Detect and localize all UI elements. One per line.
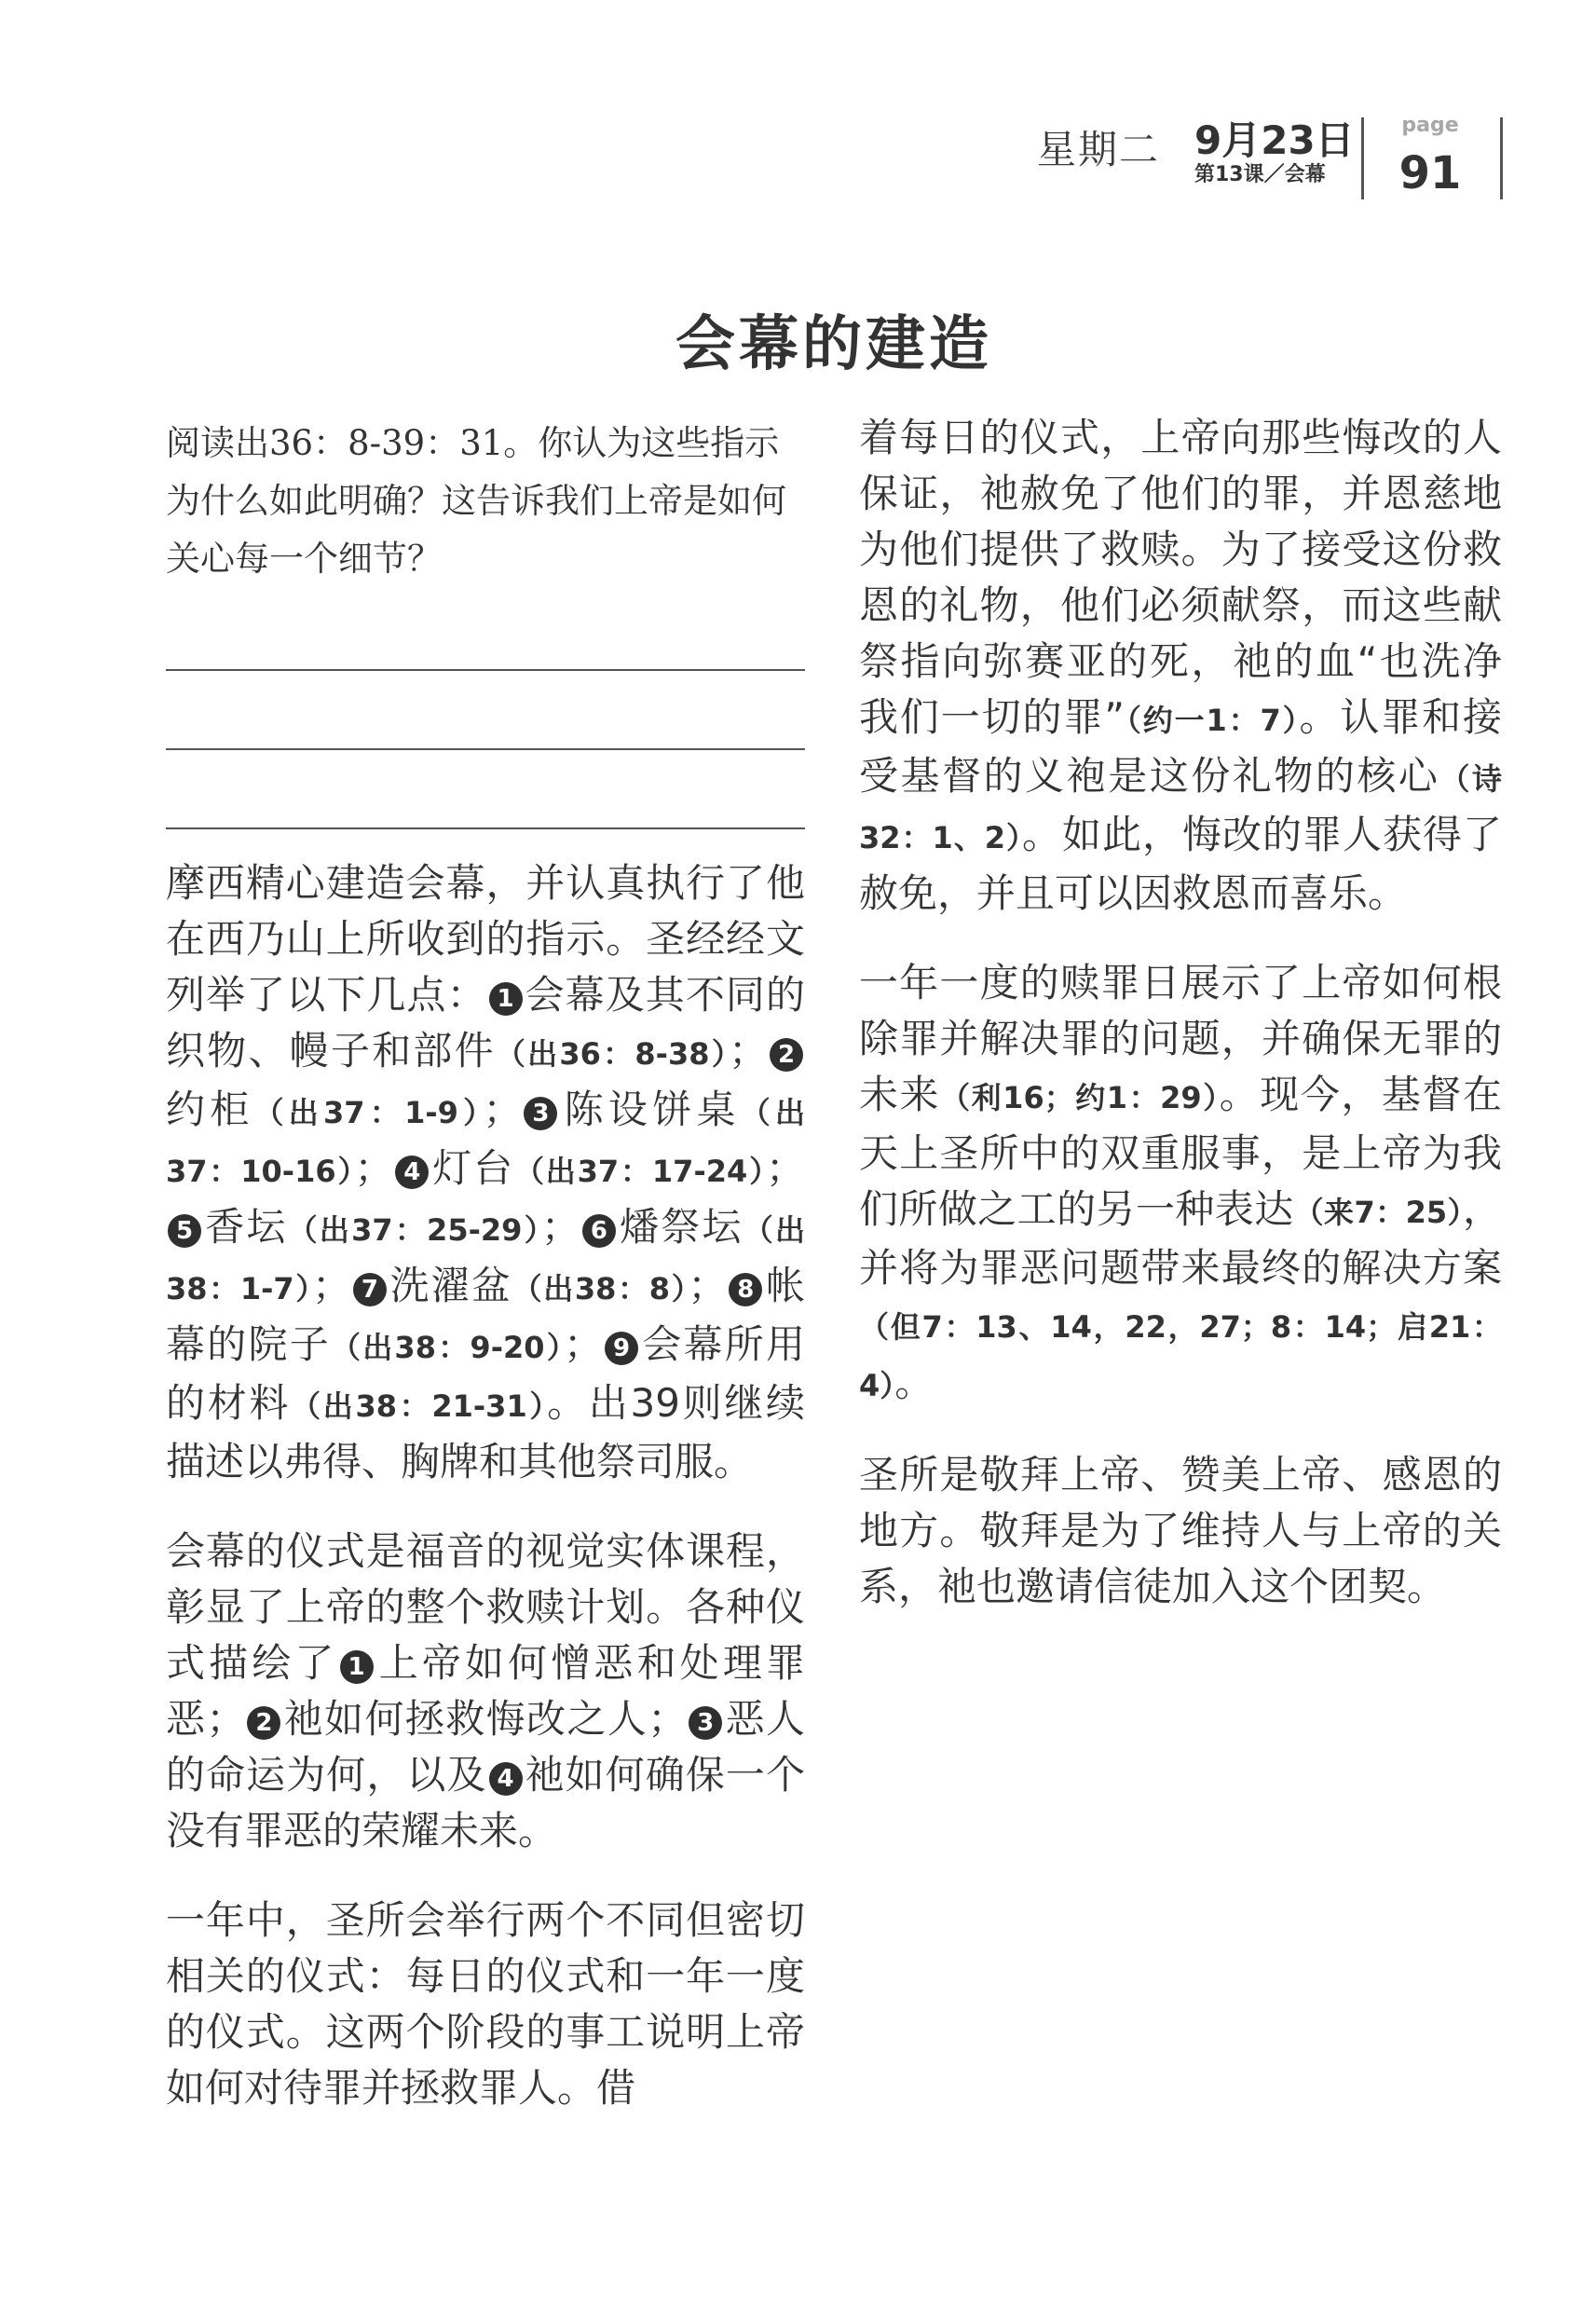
scripture-reference: （出38：8） (512, 1271, 689, 1306)
separator: ； (312, 1263, 351, 1308)
left-column: 摩西精心建造会幕，并认真执行了他在西乃山上所收到的指示。圣经经文列举了以下几点：… (166, 855, 805, 2116)
number-badge-6: 6 (582, 1214, 616, 1248)
scripture-reference: （出37：25-29） (288, 1212, 541, 1248)
text: 约柜 (166, 1087, 254, 1132)
text: 。 (894, 1360, 934, 1405)
answer-line[interactable] (166, 748, 805, 750)
text: 洗濯盆 (389, 1263, 512, 1308)
number-badge-3: 3 (689, 1706, 722, 1740)
text: 香坛 (203, 1204, 288, 1250)
paragraph: 一年中，圣所会举行两个不同但密切相关的仪式：每日的仪式和一年一度的仪式。这两个阶… (166, 1893, 805, 2116)
number-badge-2: 2 (770, 1038, 803, 1072)
paragraph: 摩西精心建造会幕，并认真执行了他在西乃山上所收到的指示。圣经经文列举了以下几点：… (166, 855, 805, 1490)
number-badge-7: 7 (353, 1273, 387, 1306)
study-question: 阅读出36：8-39：31。你认为这些指示为什么如此明确？这告诉我们上帝是如何关… (166, 415, 805, 588)
text: 燔祭坛 (618, 1204, 743, 1250)
text: 陈设饼桌 (559, 1087, 740, 1132)
separator: ； (688, 1263, 727, 1308)
date: 9月23日 (1194, 119, 1344, 162)
paragraph: 会幕的仪式是福音的视觉实体课程，彰显了上帝的整个救赎计划。各种仪式描绘了1上帝如… (166, 1524, 805, 1859)
number-badge-5: 5 (168, 1214, 201, 1248)
header-divider (1500, 117, 1503, 199)
scripture-reference: （利16；约1：29） (940, 1080, 1220, 1115)
number-badge-4: 4 (489, 1762, 523, 1796)
separator: ； (729, 1028, 768, 1073)
separator: ； (354, 1145, 393, 1191)
separator: ； (766, 1145, 805, 1191)
number-badge-2: 2 (247, 1706, 280, 1740)
answer-line[interactable] (166, 669, 805, 671)
text: 灯台 (430, 1145, 514, 1191)
separator: ； (483, 1087, 522, 1132)
number-badge-1: 1 (489, 982, 523, 1016)
scripture-reference: （出37：17-24） (514, 1154, 766, 1189)
scripture-reference: （出38：9-20） (331, 1330, 564, 1365)
scripture-reference: （约一1：7） (1125, 703, 1300, 738)
page-title: 会幕的建造 (0, 296, 1596, 382)
number-badge-3: 3 (524, 1097, 557, 1130)
lesson-label: 第13课／会幕 (1194, 162, 1344, 188)
number-badge-9: 9 (605, 1332, 638, 1365)
paragraph: 着每日的仪式，上帝向那些悔改的人保证，祂赦免了他们的罪，并恩慈地为他们提供了救赎… (859, 410, 1502, 922)
paragraph: 一年一度的赎罪日展示了上帝如何根除罪并解决罪的问题，并确保无罪的未来（利16；约… (859, 955, 1502, 1414)
paragraph: 圣所是敬拜上帝、赞美上帝、感恩的地方。敬拜是为了维持人与上帝的关系，祂也邀请信徒… (859, 1447, 1502, 1615)
text: 祂如何拯救悔改之人； (282, 1696, 687, 1742)
scripture-reference: （但7：13、14，22，27；8：14；启21：4） (859, 1309, 1502, 1403)
text: 着每日的仪式，上帝向那些悔改的人保证，祂赦免了他们的罪，并恩慈地为他们提供了救赎… (859, 415, 1502, 740)
scripture-reference: （来7：25） (1294, 1195, 1463, 1230)
page-header: 星期二 9月23日 第13课／会幕 page 91 (0, 110, 1596, 212)
number-badge-1: 1 (340, 1650, 374, 1684)
right-column: 着每日的仪式，上帝向那些悔改的人保证，祂赦免了他们的罪，并恩慈地为他们提供了救赎… (859, 410, 1502, 1615)
weekday: 星期二 (1037, 119, 1160, 175)
date-block: 9月23日 第13课／会幕 (1194, 119, 1344, 188)
page-number: 91 (1379, 147, 1481, 199)
answer-line[interactable] (166, 827, 805, 829)
separator: ； (541, 1204, 580, 1250)
header-divider (1361, 117, 1364, 199)
page-label: page (1379, 114, 1481, 137)
separator: ； (564, 1321, 603, 1367)
scripture-reference: （出36：8-38） (496, 1036, 729, 1072)
scripture-reference: （出37：1-9） (254, 1095, 484, 1130)
number-badge-8: 8 (729, 1273, 762, 1306)
number-badge-4: 4 (395, 1155, 429, 1189)
scripture-reference: （出38：21-31） (291, 1388, 547, 1424)
